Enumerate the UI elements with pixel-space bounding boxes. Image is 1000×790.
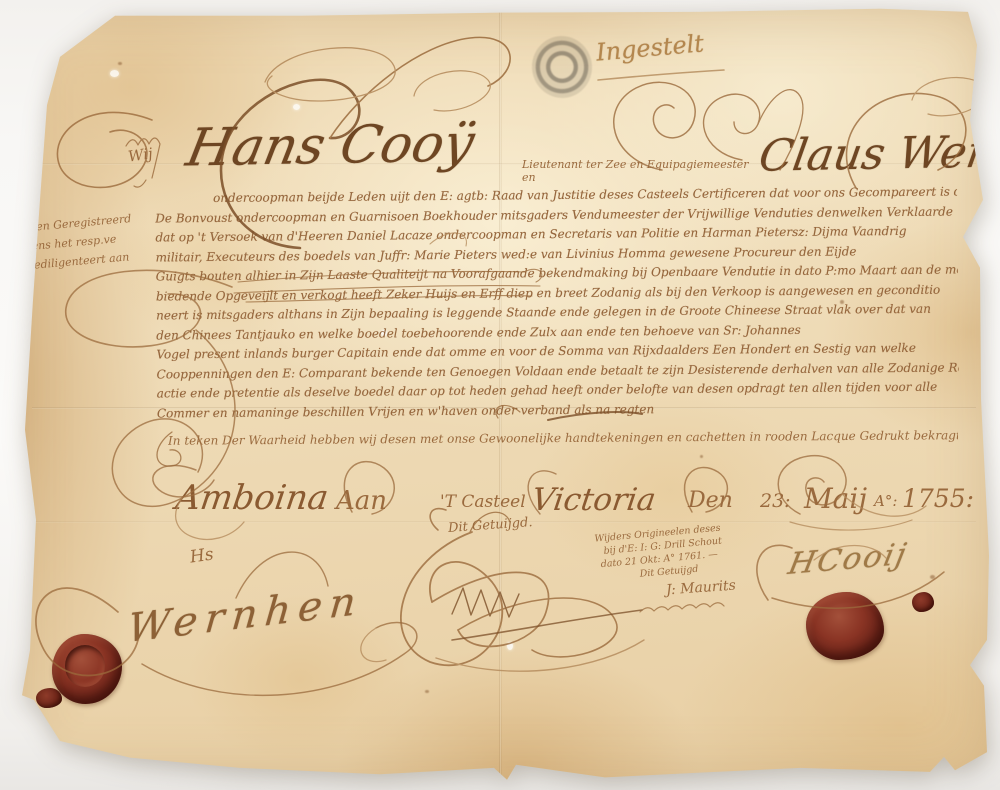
paper-damage-fleck — [110, 70, 119, 77]
signature-right: HCooij — [785, 537, 911, 582]
photo-backdrop: Ingestelt Wij Hans Cooÿ Lieutenant ter Z… — [0, 0, 1000, 790]
signature-left-initials: Hs — [189, 544, 215, 567]
dateline-year: 1755: — [902, 484, 974, 513]
dateline-day: 23: — [760, 490, 791, 512]
registrar-note: Wijders Origineelen deses bij d'E: I: G:… — [594, 522, 725, 585]
signature-left: Wernhen — [126, 578, 365, 652]
document-paper: Ingestelt Wij Hans Cooÿ Lieutenant ter Z… — [0, 0, 1000, 790]
foxing-spot — [700, 455, 703, 458]
red-wax-seal-left-blob — [36, 688, 62, 708]
red-wax-seal-right-blob — [912, 592, 934, 612]
black-ink-stamp — [528, 32, 596, 102]
paper-wrap: Ingestelt Wij Hans Cooÿ Lieutenant ter Z… — [0, 0, 1000, 790]
foxing-spot — [930, 575, 935, 579]
red-wax-seal-left — [52, 634, 122, 704]
registrar-signature: J: Maurits — [666, 578, 737, 599]
dateline-place: Amboina — [173, 478, 331, 518]
heading-prefix: Wij — [127, 144, 154, 165]
attestation-label: Dit Getuijgd. — [448, 515, 533, 536]
flourish-registrar-underline — [452, 603, 724, 640]
top-annotation: Ingestelt — [595, 29, 705, 66]
paper-damage-fleck — [507, 642, 513, 650]
closing-line: In teken Der Waarheid hebben wij desen m… — [168, 428, 958, 448]
foxing-spot — [425, 690, 429, 693]
heading-name-right: Claus Wenher — [755, 125, 1000, 181]
heading-title-left: Lieutenant ter Zee en Equipagiemeester e… — [522, 158, 762, 184]
dateline-aan: Aan — [336, 486, 387, 516]
red-wax-seal-right — [806, 592, 884, 660]
body-paragraph: ondercoopman beijde Leden uijt den E: ag… — [155, 183, 959, 424]
foxing-spot — [118, 62, 122, 65]
dateline-casteel: 'T Casteel — [440, 492, 526, 512]
body-line: Commer en namaninge beschillen Vrijen en… — [157, 400, 654, 424]
flourish-annotation-underline — [598, 70, 724, 80]
dateline-anno: A°: — [874, 492, 897, 510]
heading-name-left: Hans Cooÿ — [182, 114, 480, 179]
paper-damage-fleck — [293, 104, 300, 110]
dateline-fort: Victoria — [529, 482, 658, 518]
dateline-den: Den — [688, 488, 733, 513]
dateline-month: Maij — [804, 482, 867, 515]
